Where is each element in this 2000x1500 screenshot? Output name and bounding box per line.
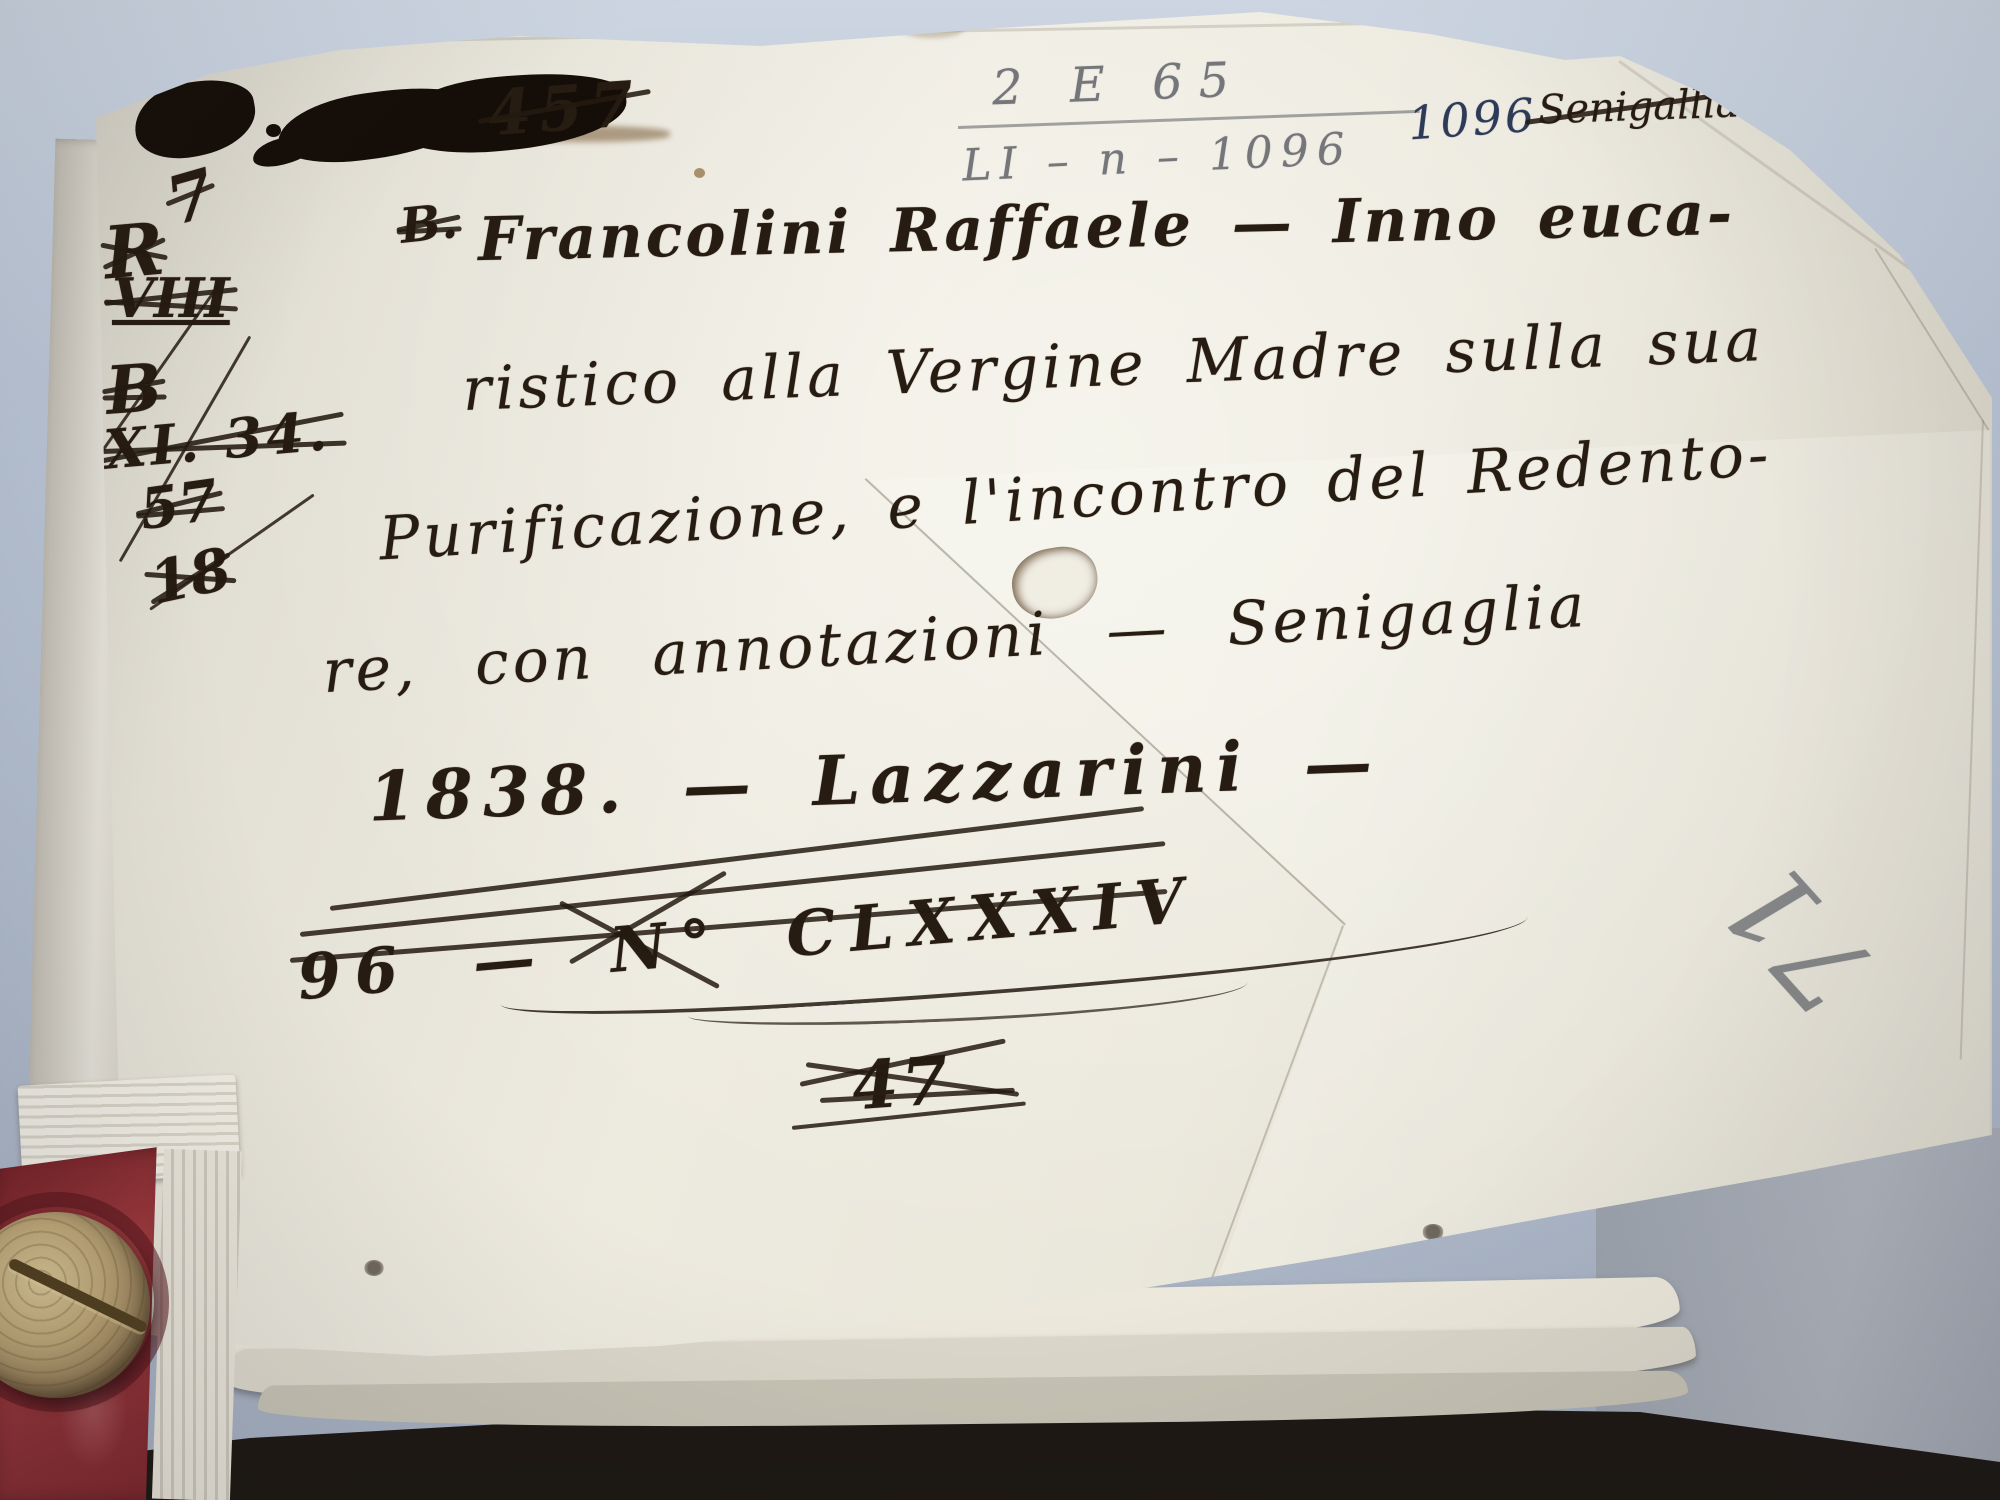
pencil-inventory-number: LI – n – 1096 <box>961 123 1354 191</box>
photograph-of-manuscript-record: 457 2 E 65 LI – n – 1096 1096 Senigallia… <box>0 0 2000 1500</box>
entry-line: Francolini Raffaele — Inno euca- <box>477 179 1735 275</box>
struck-entry-prefix: B. <box>397 193 460 255</box>
ink-blot <box>250 131 318 172</box>
stain <box>1552 6 1561 15</box>
ink-blot <box>129 72 262 166</box>
edge-text-fragment: ma <box>1950 265 2000 315</box>
paper-top-edge-shadow <box>348 18 1593 43</box>
sheet-edge-line <box>1874 248 1989 431</box>
stain <box>900 20 964 38</box>
stain <box>694 168 705 178</box>
punch-hole <box>1422 1224 1444 1240</box>
ink-inventory-number: 1096 <box>1406 88 1539 151</box>
pencil-class-mark: 2 E 65 <box>991 52 1246 117</box>
entry-line: ristico alla Vergine Madre sulla sua <box>461 305 1766 425</box>
punch-hole <box>364 1260 384 1276</box>
struck-place-name: Senigallia <box>1537 81 1740 134</box>
margin-mark: VIII <box>112 266 230 330</box>
margin-mark: 7 <box>158 153 224 241</box>
struck-number-457: 457 <box>486 67 644 151</box>
margin-mark: 57 <box>136 467 222 543</box>
